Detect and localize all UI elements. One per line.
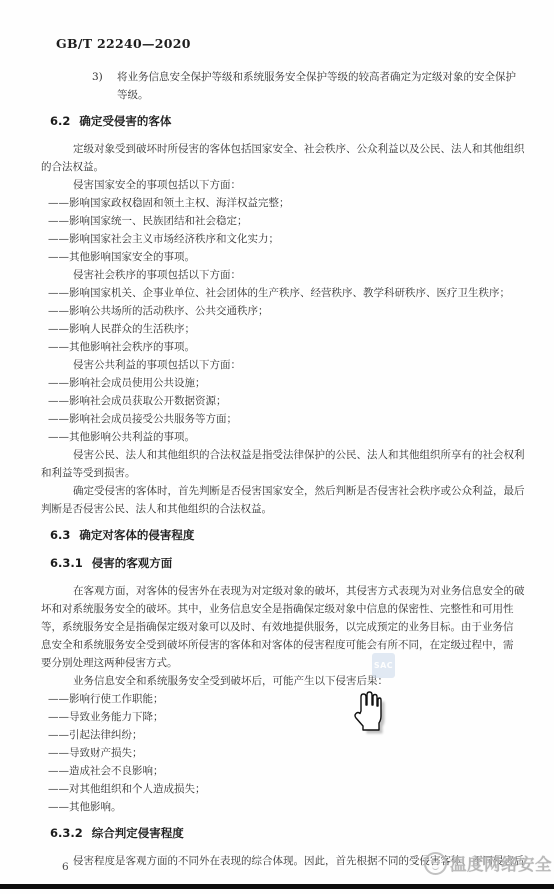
sac-logo-watermark: SAC [372,653,395,678]
text-line: ——影响行使工作职能； [41,690,554,708]
line-text: ——影响公共场所的活动秩序、公共交通秩序； [48,305,269,317]
grab-hand-cursor-icon [349,689,387,739]
page-number: 6 [62,861,69,873]
line-text: 和利益等受到损害。 [41,467,136,479]
text-line: ——其他影响国家安全的事项。 [41,248,554,266]
text-line: 确定受侵害的客体时，首先判断是否侵害国家安全，然后判断是否侵害社会秩序或公众利益… [41,482,554,500]
text-line: 判断是否侵害公民、法人和其他组织的合法权益。 [41,500,554,518]
line-text: 息安全和系统服务安全受到破坏所侵害的客体和对客体的侵害程度可能会有所不同，在定级… [41,639,514,651]
line-text: ——其他影响。 [48,801,122,813]
text-line: ——其他影响社会秩序的事项。 [41,338,554,356]
text-line: ——影响国家政权稳固和领土主权、海洋权益完整； [41,194,554,212]
line-text: ——其他影响公共利益的事项。 [48,431,195,443]
text-line: 侵害社会秩序的事项包括以下方面： [41,266,554,284]
text-line: 息安全和系统服务安全受到破坏所侵害的客体和对客体的侵害程度可能会有所不同，在定级… [41,636,554,654]
text-line: ——其他影响。 [41,798,554,816]
line-text: 确定受侵害的客体时，首先判断是否侵害国家安全，然后判断是否侵害社会秩序或公众利益… [73,485,525,497]
clause-heading: 6.3.1侵害的客观方面 [50,554,554,572]
text-line: 等，系统服务安全是指确保定级对象可以及时、有效地提供服务，以完成预定的业务目标。… [41,618,554,636]
clause-number: 6.2 [50,114,70,128]
clause-heading: 6.3确定对客体的侵害程度 [50,526,554,544]
line-text: 要分别处理这两种侵害方式。 [41,657,178,669]
line-text: ——导致业务能力下降； [48,711,164,723]
text-line: ——影响国家统一、民族团结和社会稳定； [41,212,554,230]
line-text: 等，系统服务安全是指确保定级对象可以及时、有效地提供服务，以完成预定的业务目标。… [41,621,514,633]
text-line: ——导致财产损失； [41,744,554,762]
line-text: 的合法权益。 [41,161,104,173]
text-line: 3)将业务信息安全保护等级和系统服务安全保护等级的较高者确定为定级对象的安全保护 [41,68,554,86]
text-line: ——对其他组织和个人造成损失； [41,780,554,798]
text-line: 在客观方面，对客体的侵害外在表现为对定级对象的破坏，其侵害方式表现为对业务信息安… [41,582,554,600]
line-text: 业务信息安全和系统服务安全受到破坏后，可能产生以下侵害后果： [73,675,388,687]
line-text: 确定受侵害的客体 [79,114,171,128]
line-text: ——其他影响国家安全的事项。 [48,251,195,263]
clause-heading: 6.3.2综合判定侵害程度 [50,824,554,842]
text-line: 侵害国家安全的事项包括以下方面： [41,176,554,194]
clause-number: 6.3 [50,528,70,542]
line-text: 定级对象受到破坏时所侵害的客体包括国家安全、社会秩序、公众利益以及公民、法人和其… [73,143,525,155]
line-text: 在客观方面，对客体的侵害外在表现为对定级对象的破坏，其侵害方式表现为对业务信息安… [73,585,525,597]
text-line: 业务信息安全和系统服务安全受到破坏后，可能产生以下侵害后果： [41,672,554,690]
line-text: 判断是否侵害公民、法人和其他组织的合法权益。 [41,503,272,515]
document-page: GB/T 22240—2020 3)将业务信息安全保护等级和系统服务安全保护等级… [0,0,554,894]
text-line: 侵害公民、法人和其他组织的合法权益是指受法律保护的公民、法人和其他组织所享有的社… [41,446,554,464]
text-line: ——影响社会成员接受公共服务等方面； [41,410,554,428]
text-line: ——影响社会成员使用公共设施； [41,374,554,392]
brand-watermark: 温度网络安全 [424,851,552,875]
line-text: ——影响社会成员接受公共服务等方面； [48,413,237,425]
clause-number: 3) [92,68,117,86]
standard-number-header: GB/T 22240—2020 [56,36,191,51]
line-text: 将业务信息安全保护等级和系统服务安全保护等级的较高者确定为定级对象的安全保护 [117,71,516,83]
document-body: 3)将业务信息安全保护等级和系统服务安全保护等级的较高者确定为定级对象的安全保护… [41,68,554,870]
text-line: 定级对象受到破坏时所侵害的客体包括国家安全、社会秩序、公众利益以及公民、法人和其… [41,140,554,158]
text-line: ——其他影响公共利益的事项。 [41,428,554,446]
line-text: ——其他影响社会秩序的事项。 [48,341,195,353]
line-text: 综合判定侵害程度 [92,826,184,840]
line-text: ——影响国家统一、民族团结和社会稳定； [48,215,248,227]
line-text: 侵害的客观方面 [92,556,173,570]
line-text: 侵害国家安全的事项包括以下方面： [73,179,241,191]
text-line: 等级。 [41,86,554,104]
line-text: ——影响国家社会主义市场经济秩序和文化实力； [48,233,279,245]
line-text: 等级。 [117,89,149,101]
line-text: ——对其他组织和个人造成损失； [48,783,206,795]
text-line: 坏和对系统服务安全的破坏。其中，业务信息安全是指确保定级对象中信息的保密性、完整… [41,600,554,618]
text-line: ——影响公共场所的活动秩序、公共交通秩序； [41,302,554,320]
text-line: 和利益等受到损害。 [41,464,554,482]
line-text: 侵害公民、法人和其他组织的合法权益是指受法律保护的公民、法人和其他组织所享有的社… [73,449,525,461]
text-line: 的合法权益。 [41,158,554,176]
clause-heading: 6.2确定受侵害的客体 [50,112,554,130]
clause-number: 6.3.1 [50,556,83,570]
line-text: 坏和对系统服务安全的破坏。其中，业务信息安全是指确保定级对象中信息的保密性、完整… [41,603,514,615]
line-text: ——引起法律纠纷； [48,729,143,741]
line-text: 侵害社会秩序的事项包括以下方面： [73,269,241,281]
line-text: ——造成社会不良影响； [48,765,164,777]
brand-watermark-text: 温度网络安全 [450,851,552,875]
line-text: ——影响人民群众的生活秩序； [48,323,195,335]
text-line: ——影响社会成员获取公开数据资源； [41,392,554,410]
clause-number: 6.3.2 [50,826,83,840]
text-line: 要分别处理这两种侵害方式。 [41,654,554,672]
text-line: ——造成社会不良影响； [41,762,554,780]
smiley-face-icon [424,852,447,875]
line-text: ——影响社会成员使用公共设施； [48,377,206,389]
line-text: ——影响国家机关、企事业单位、社会团体的生产秩序、经营秩序、教学科研秩序、医疗卫… [48,287,510,299]
line-text: ——影响行使工作职能； [48,693,164,705]
line-text: 侵害公共利益的事项包括以下方面： [73,359,241,371]
text-line: ——影响国家社会主义市场经济秩序和文化实力； [41,230,554,248]
line-text: ——影响社会成员获取公开数据资源； [48,395,227,407]
text-line: 侵害公共利益的事项包括以下方面： [41,356,554,374]
line-text: ——影响国家政权稳固和领土主权、海洋权益完整； [48,197,290,209]
text-line: ——引起法律纠纷； [41,726,554,744]
page-bottom-edge [0,884,554,889]
line-text: ——导致财产损失； [48,747,143,759]
text-line: ——导致业务能力下降； [41,708,554,726]
text-line: ——影响国家机关、企事业单位、社会团体的生产秩序、经营秩序、教学科研秩序、医疗卫… [41,284,554,302]
text-line: ——影响人民群众的生活秩序； [41,320,554,338]
line-text: 确定对客体的侵害程度 [79,528,194,542]
